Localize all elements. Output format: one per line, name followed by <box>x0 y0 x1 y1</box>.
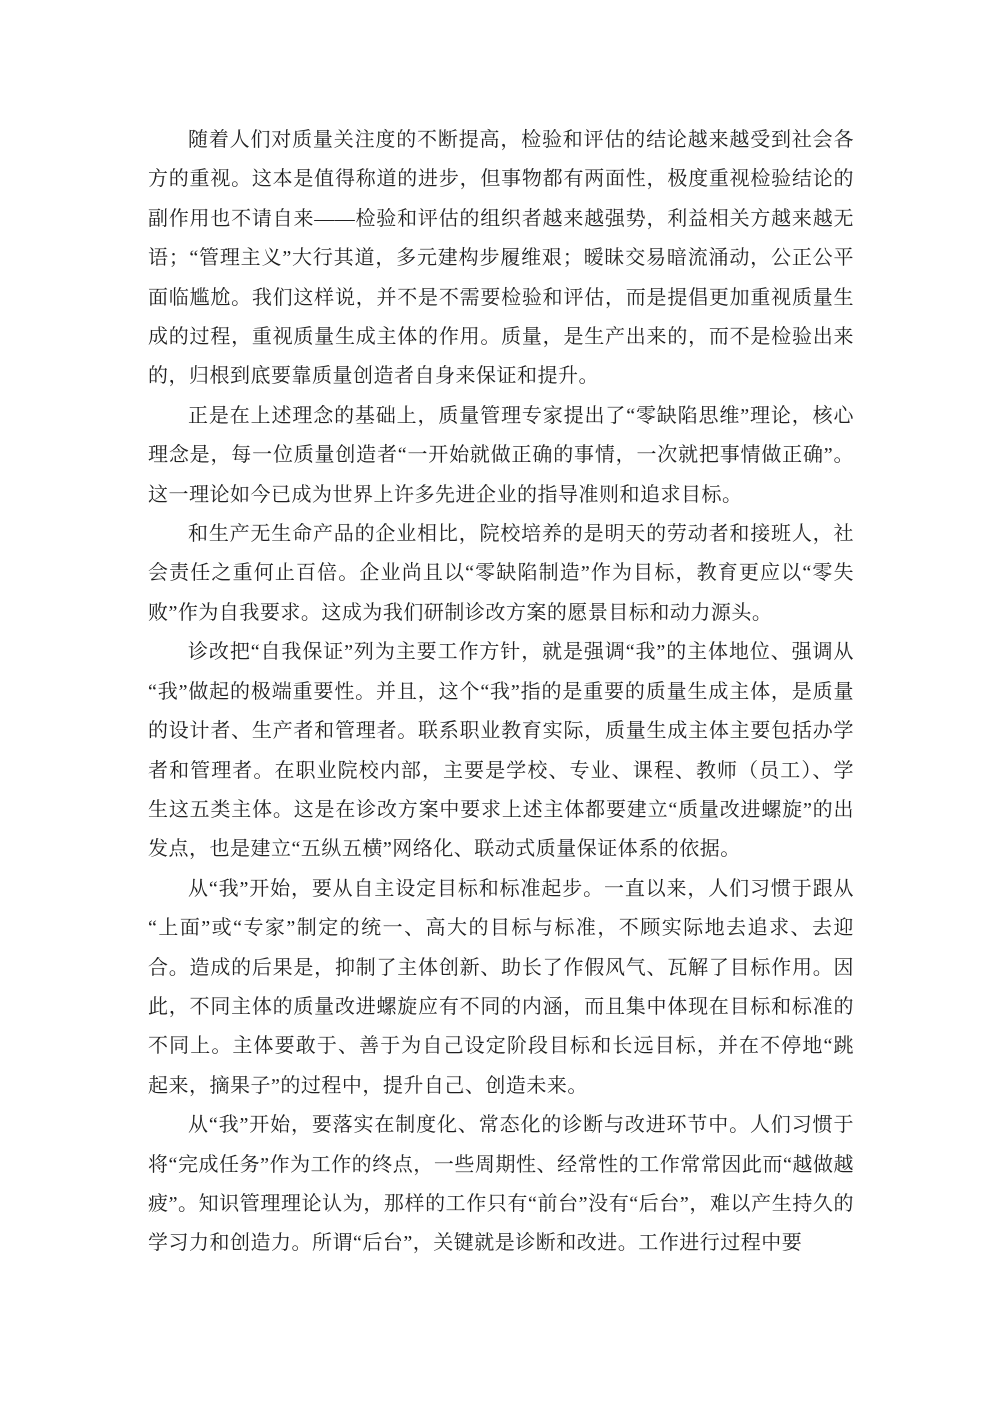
document-body: 随着人们对质量关注度的不断提高，检验和评估的结论越来越受到社会各方的重视。这本是… <box>148 121 854 1264</box>
paragraph: 诊改把“自我保证”列为主要工作方针，就是强调“我”的主体地位、强调从“我”做起的… <box>148 633 854 869</box>
paragraph: 和生产无生命产品的企业相比，院校培养的是明天的劳动者和接班人，社会责任之重何止百… <box>148 515 854 633</box>
document-page: 随着人们对质量关注度的不断提高，检验和评估的结论越来越受到社会各方的重视。这本是… <box>0 0 1000 1414</box>
paragraph: 从“我”开始，要落实在制度化、常态化的诊断与改进环节中。人们习惯于将“完成任务”… <box>148 1106 854 1264</box>
paragraph: 随着人们对质量关注度的不断提高，检验和评估的结论越来越受到社会各方的重视。这本是… <box>148 121 854 397</box>
paragraph: 正是在上述理念的基础上，质量管理专家提出了“零缺陷思维”理论，核心理念是，每一位… <box>148 397 854 515</box>
paragraph: 从“我”开始，要从自主设定目标和标准起步。一直以来，人们习惯于跟从“上面”或“专… <box>148 870 854 1106</box>
